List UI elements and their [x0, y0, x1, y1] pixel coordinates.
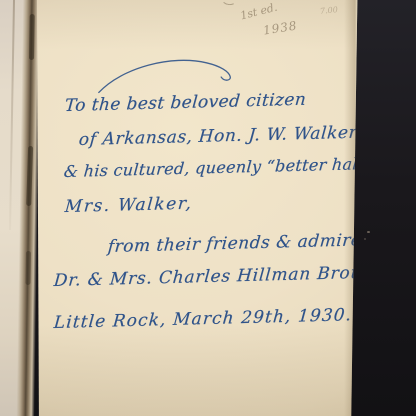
pencil-note-edition: 1st ed.	[239, 1, 279, 23]
inscription-line: Little Rock, March 29th, 1930.	[53, 305, 353, 333]
inscription-line: of Arkansas, Hon. J. W. Walker,	[78, 123, 362, 150]
book-page: 1st ed. 1938 7.00 To the best beloved ci…	[37, 0, 358, 416]
inscription-line: Dr. & Mrs. Charles Hillman Brough.	[53, 262, 393, 291]
inscription-line: Mrs. Walker,	[64, 194, 193, 217]
inscription-line: from their friends & admirers	[107, 230, 380, 257]
dust-speck	[367, 231, 370, 233]
gutter-wear-mark	[29, 14, 35, 60]
dust-speck	[364, 238, 366, 240]
inscription-line: & his cultured, queenly “better half”,	[63, 154, 380, 181]
pencil-note-year: 1938	[262, 18, 298, 37]
gutter-wear-mark	[26, 146, 33, 206]
gutter-wear-mark	[25, 251, 31, 285]
endpaper-crease-line	[9, 0, 15, 230]
ink-flourish	[94, 53, 236, 96]
pencil-note-price: 7.00	[320, 5, 339, 16]
book-photo: 1st ed. 1938 7.00 To the best beloved ci…	[0, 0, 416, 416]
pencil-stray-mark	[221, 0, 236, 6]
